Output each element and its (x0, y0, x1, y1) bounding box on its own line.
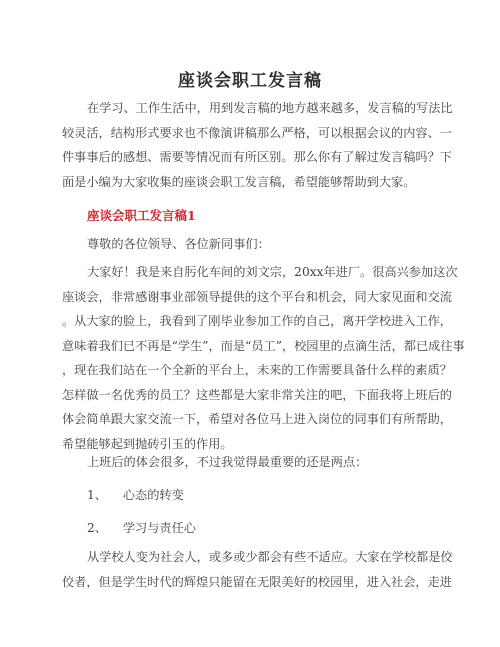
body-line: ，现在我们站在一个全新的平台上，未来的工作需要具备什么样的素质？ (62, 358, 468, 383)
intro-line: 较灵活，结构形式要求也不像演讲稿那么严格，可以根据会议的内容、一 (62, 121, 468, 146)
body-paragraph: 大家好！我是来自肟化车间的刘文宗，20xx年进厂。很高兴参加这次 座谈会，非常感… (62, 260, 468, 456)
intro-line: 面是小编为大家收集的座谈会职工发言稿，希望能够帮助到大家。 (62, 170, 468, 195)
closing-line: 佼者，但是学生时代的辉煌只能留在无限美好的校园里，进入社会，走进 (62, 570, 468, 595)
point-text: 心态的转变 (123, 488, 184, 502)
intro-paragraph: 在学习、工作生活中，用到发言稿的地方越来越多，发言稿的写法比 较灵活，结构形式要… (62, 96, 468, 194)
point-item: 2、 学习与责任心 (87, 519, 196, 536)
point-text: 学习与责任心 (123, 521, 196, 535)
body-line: 意味着我们已不再是“学生”，而是“员工”，校园里的点滴生活，都已成往事 (62, 334, 468, 359)
body-line: 座谈会，非常感谢事业部领导提供的这个平台和机会，同大家见面和交流 (62, 285, 468, 310)
intro-line: 在学习、工作生活中，用到发言稿的地方越来越多，发言稿的写法比 (62, 96, 468, 121)
closing-line: 从学校人变为社会人，或多或少都会有些不适应。大家在学校都是佼 (62, 545, 468, 570)
salutation: 尊敬的各位领导、各位新同事们： (87, 235, 270, 252)
document-page: 座谈会职工发言稿 在学习、工作生活中，用到发言稿的地方越来越多，发言稿的写法比 … (0, 0, 500, 647)
document-title: 座谈会职工发言稿 (0, 66, 500, 91)
point-number: 2、 (87, 519, 119, 536)
point-item: 1、 心态的转变 (87, 486, 184, 503)
points-intro: 上班后的体会很多，不过我觉得最重要的还是两点： (87, 453, 367, 470)
body-line: 怎样做一名优秀的员工？这些都是大家非常关注的吧，下面我将上班后的 (62, 383, 468, 408)
body-line: 。从大家的脸上，我看到了刚毕业参加工作的自己，离开学校进入工作， (62, 309, 468, 334)
body-line: 大家好！我是来自肟化车间的刘文宗，20xx年进厂。很高兴参加这次 (62, 260, 468, 285)
section-heading: 座谈会职工发言稿1 (87, 206, 196, 224)
intro-line: 件事事后的感想、需要等情况而有所区别。那么你有了解过发言稿吗？下 (62, 145, 468, 170)
point-number: 1、 (87, 486, 119, 503)
closing-paragraph: 从学校人变为社会人，或多或少都会有些不适应。大家在学校都是佼 佼者，但是学生时代… (62, 545, 468, 594)
body-line: 体会简单跟大家交流一下，希望对各位马上进入岗位的同事们有所帮助， (62, 407, 468, 432)
